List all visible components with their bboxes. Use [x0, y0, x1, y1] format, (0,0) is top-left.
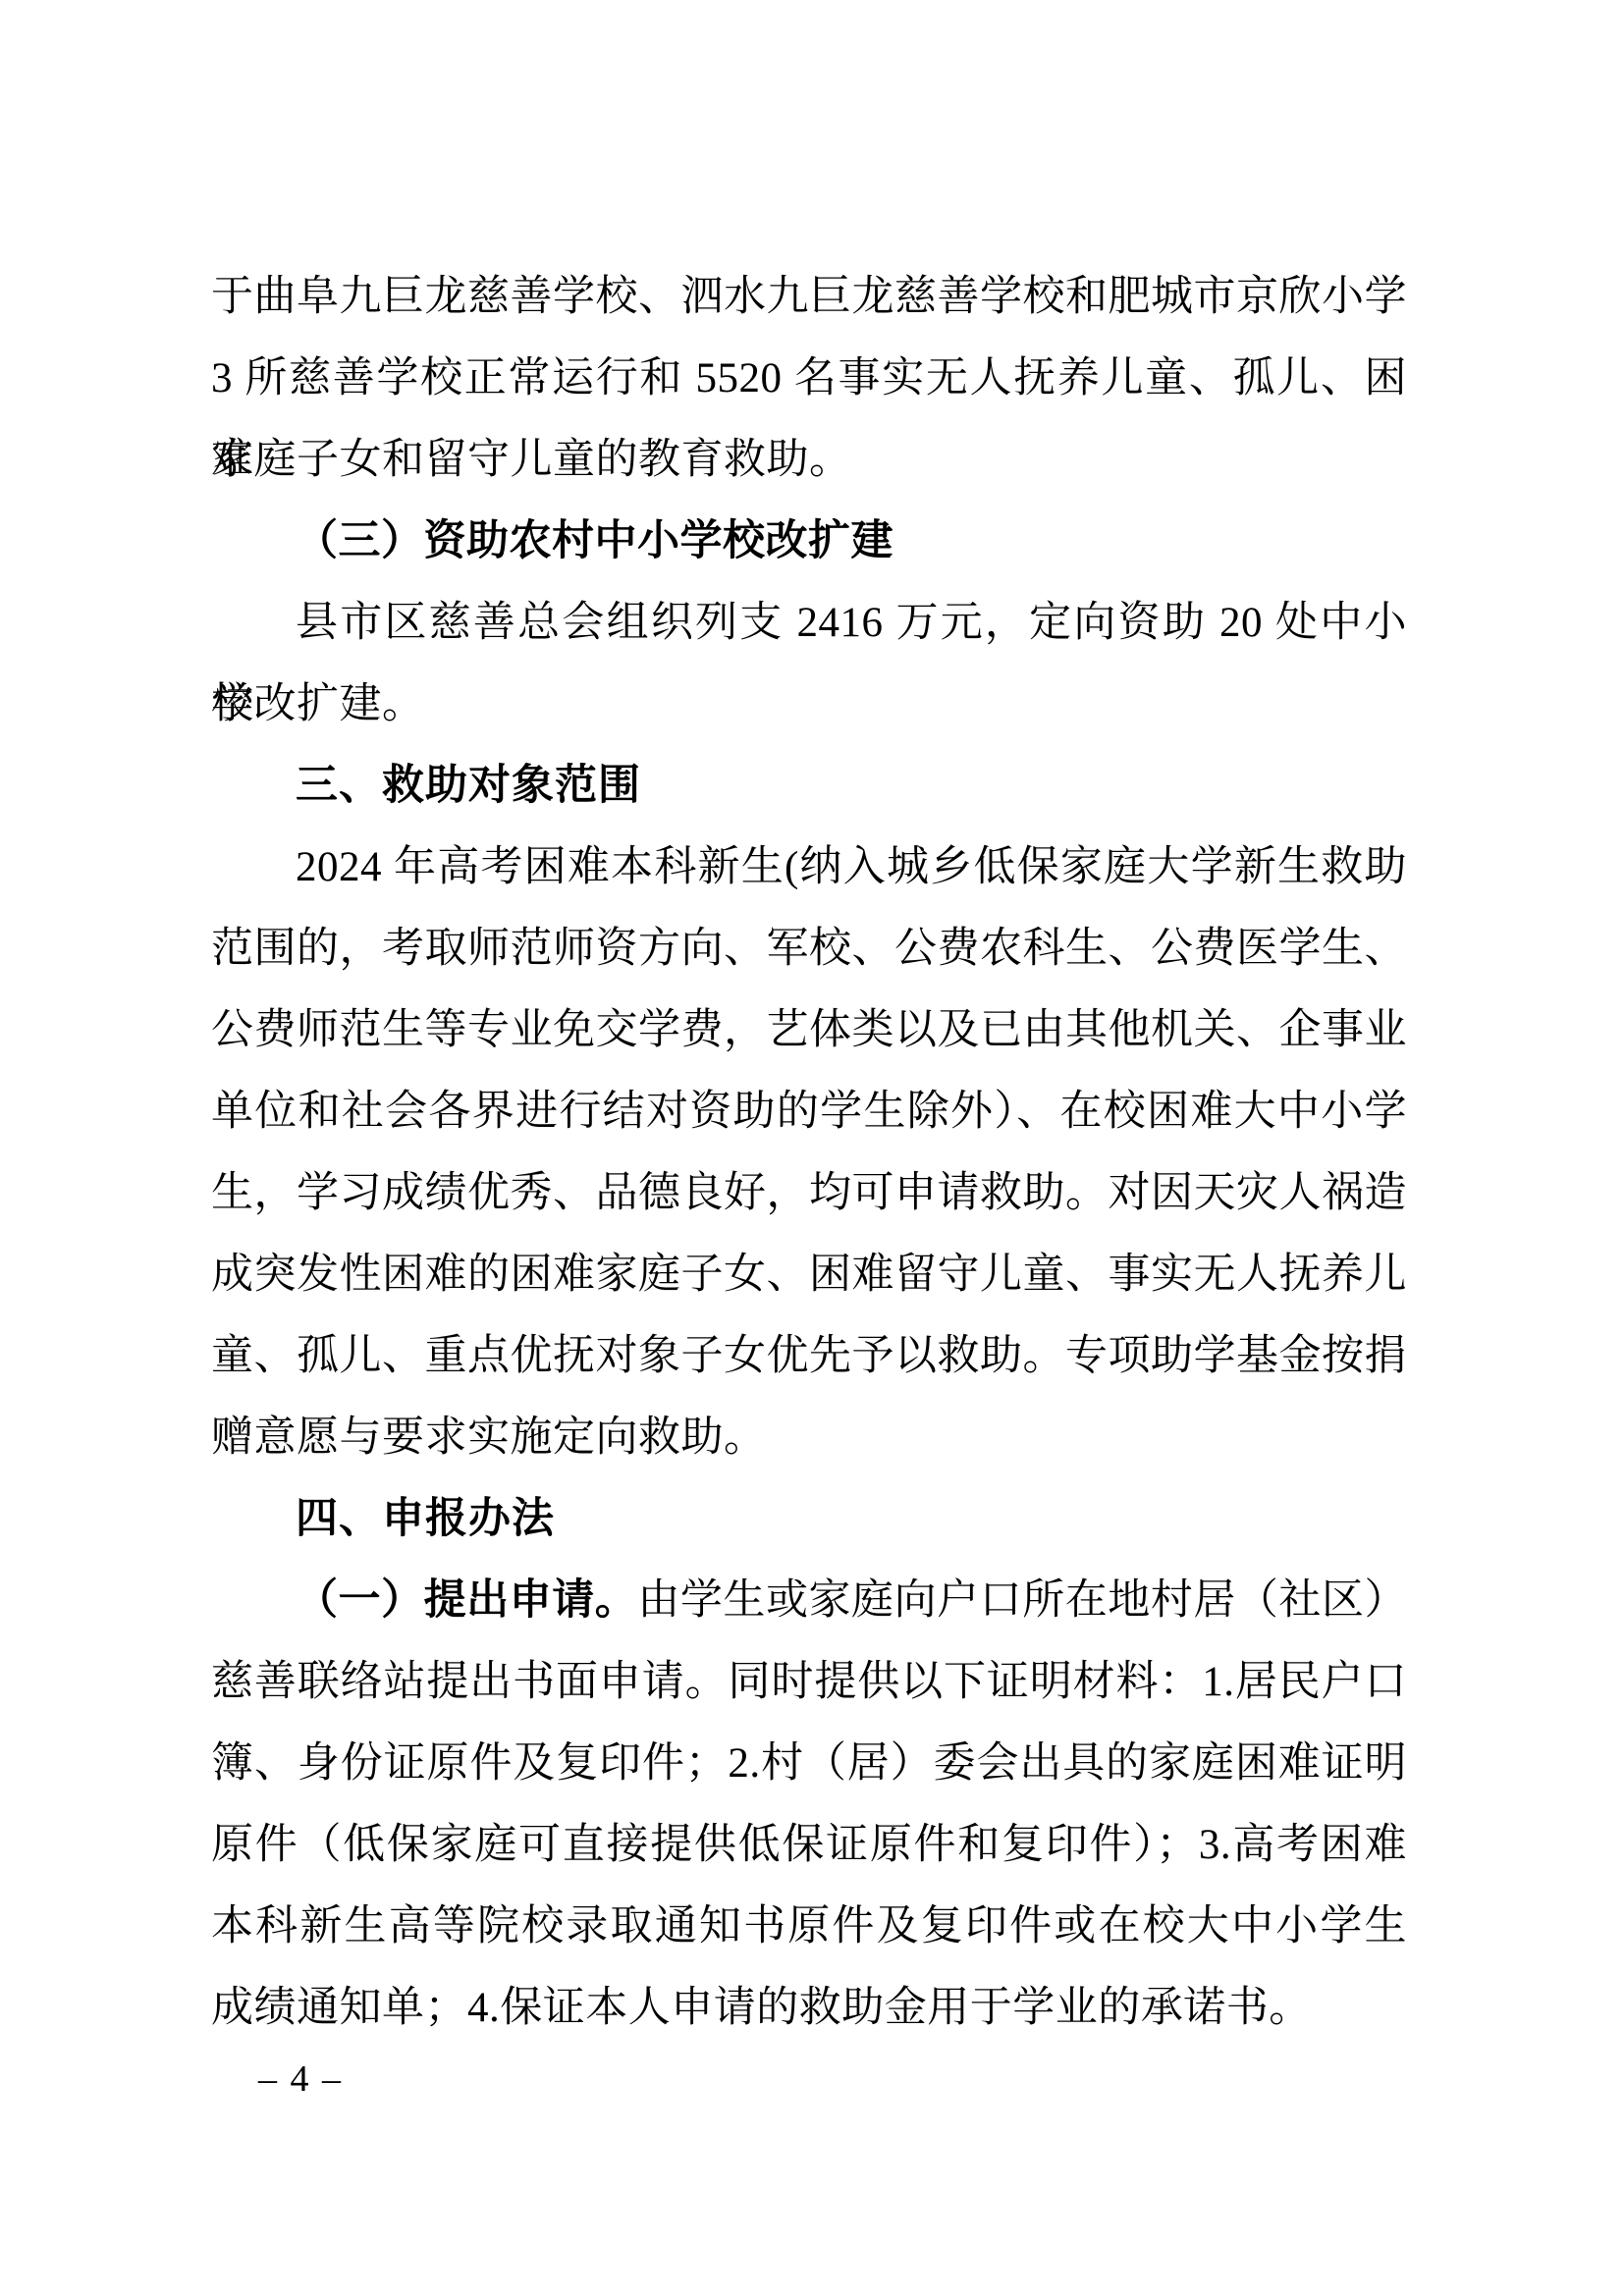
body-line: 范围的，考取师范师资方向、军校、公费农科生、公费医学生、: [211, 908, 1407, 989]
body-line: 单位和社会各界进行结对资助的学生除外）、在校困难大中小学: [211, 1071, 1407, 1152]
body-line: 本科新生高等院校录取通知书原件及复印件或在校大中小学生: [211, 1886, 1407, 1967]
body-line: 县市区慈善总会组织列支 2416 万元，定向资助 20 处中小学: [211, 582, 1407, 664]
section-heading-3: 三、救助对象范围: [211, 745, 1407, 827]
section-heading-4: 四、申报办法: [211, 1478, 1407, 1560]
body-line: （一）提出申请。由学生或家庭向户口所在地村居（社区）: [211, 1560, 1407, 1641]
body-line: 生，学习成绩优秀、品德良好，均可申请救助。对因天灾人祸造: [211, 1152, 1407, 1234]
body-line: 成突发性困难的困难家庭子女、困难留守儿童、事实无人抚养儿: [211, 1234, 1407, 1315]
document-body: 于曲阜九巨龙慈善学校、泗水九巨龙慈善学校和肥城市京欣小学 3 所慈善学校正常运行…: [211, 256, 1407, 2049]
body-line: 公费师范生等专业免交学费，艺体类以及已由其他机关、企事业: [211, 989, 1407, 1071]
subsection-heading-1-lead: （一）提出申请。: [296, 1577, 637, 1624]
page-number: – 4 –: [258, 2052, 343, 2107]
body-line-text: 由学生或家庭向户口所在地村居（社区）: [637, 1577, 1407, 1624]
subsection-heading-3: （三）资助农村中小学校改扩建: [211, 501, 1407, 582]
body-line: 原件（低保家庭可直接提供低保证原件和复印件）；3.高考困难: [211, 1804, 1407, 1886]
body-line: 校改扩建。: [211, 664, 1407, 745]
body-line: 童、孤儿、重点优抚对象子女优先予以救助。专项助学基金按捐: [211, 1315, 1407, 1397]
document-page: 于曲阜九巨龙慈善学校、泗水九巨龙慈善学校和肥城市京欣小学 3 所慈善学校正常运行…: [0, 0, 1624, 2296]
body-line: 赠意愿与要求实施定向救助。: [211, 1397, 1407, 1478]
body-line: 3 所慈善学校正常运行和 5520 名事实无人抚养儿童、孤儿、困难: [211, 338, 1407, 419]
body-line: 簿、身份证原件及复印件；2.村（居）委会出具的家庭困难证明: [211, 1723, 1407, 1804]
body-line: 2024 年高考困难本科新生(纳入城乡低保家庭大学新生救助: [211, 827, 1407, 908]
body-line: 于曲阜九巨龙慈善学校、泗水九巨龙慈善学校和肥城市京欣小学: [211, 256, 1407, 338]
body-line: 成绩通知单；4.保证本人申请的救助金用于学业的承诺书。: [211, 1967, 1407, 2049]
body-line: 家庭子女和留守儿童的教育救助。: [211, 419, 1407, 501]
body-line: 慈善联络站提出书面申请。同时提供以下证明材料：1.居民户口: [211, 1641, 1407, 1723]
